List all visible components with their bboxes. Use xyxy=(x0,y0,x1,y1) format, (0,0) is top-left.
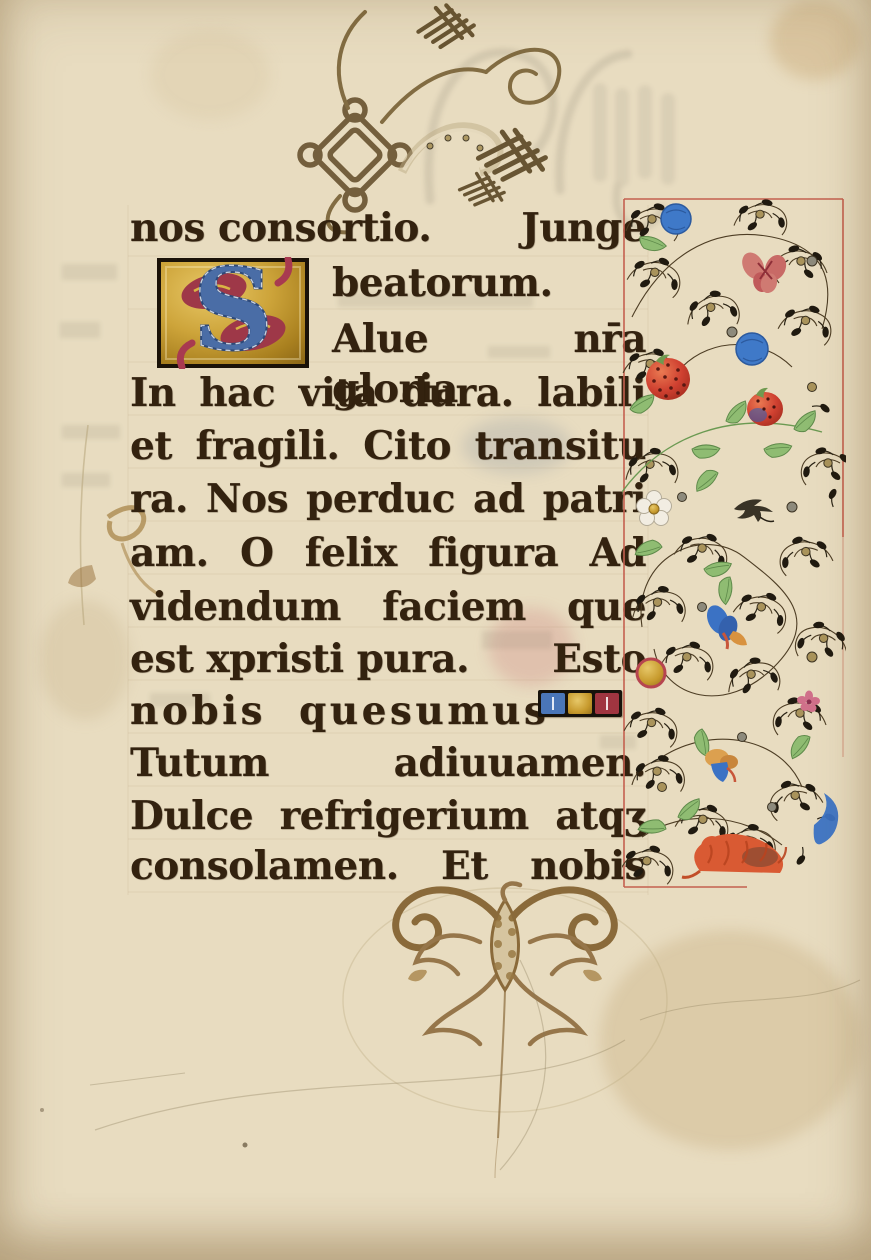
text-line: ra. Nos perduc ad patri xyxy=(130,474,646,524)
scratch-marks xyxy=(0,900,871,1260)
text-run: ra. Nos perduc ad patri xyxy=(130,474,646,524)
filler-gold-blob xyxy=(568,693,592,714)
text-line: beatorum. xyxy=(332,258,646,308)
text-run: videndum faciem que xyxy=(130,582,646,632)
text-run: beatorum. xyxy=(332,260,553,306)
white-flower xyxy=(637,491,672,526)
text-run: Dulce refrigerium atqʒ xyxy=(130,791,646,841)
text-line: Dulce refrigerium atqʒ xyxy=(130,791,646,841)
text-line: Alue nr̄a gloria xyxy=(332,314,646,364)
text-run: et fragili. Cito transitu xyxy=(130,421,646,471)
text-line: am. O felix figura Ad xyxy=(130,528,646,578)
text-run: nobis quesumus xyxy=(130,688,549,734)
text-run: est xpristi pura. xyxy=(130,634,469,684)
columbine-flower xyxy=(705,749,738,782)
text-run: In hac vita dura. labili xyxy=(130,368,646,418)
text-line: est xpristi pura. Esto xyxy=(130,634,646,684)
filler-red-square xyxy=(595,693,619,714)
manuscript-page: nos consortio. Junge beatorum. Alue nr̄a… xyxy=(0,0,871,1260)
text-run: am. O felix figura Ad xyxy=(130,528,646,578)
text-line: In hac vita dura. labili xyxy=(130,368,646,418)
text-run: Tutum adiuuamen. xyxy=(130,738,646,788)
text-line: videndum faciem que xyxy=(130,582,646,632)
strawberry xyxy=(747,388,783,426)
gold-bezant xyxy=(637,659,665,687)
leaf-spray xyxy=(622,229,822,839)
text-run: nos consortio. xyxy=(130,203,431,253)
line-filler-ornament xyxy=(538,690,622,717)
text-line: nos consortio. Junge xyxy=(130,203,646,253)
floral-border xyxy=(622,197,846,891)
text-line: et fragili. Cito transitu xyxy=(130,421,646,471)
red-beast xyxy=(682,793,838,877)
text-line: Tutum adiuuamen. xyxy=(130,738,646,788)
illuminated-initial: S S xyxy=(156,257,310,369)
initial-filigree: S xyxy=(193,257,274,369)
filler-blue-square xyxy=(541,693,565,714)
bird-penwork xyxy=(734,499,774,522)
